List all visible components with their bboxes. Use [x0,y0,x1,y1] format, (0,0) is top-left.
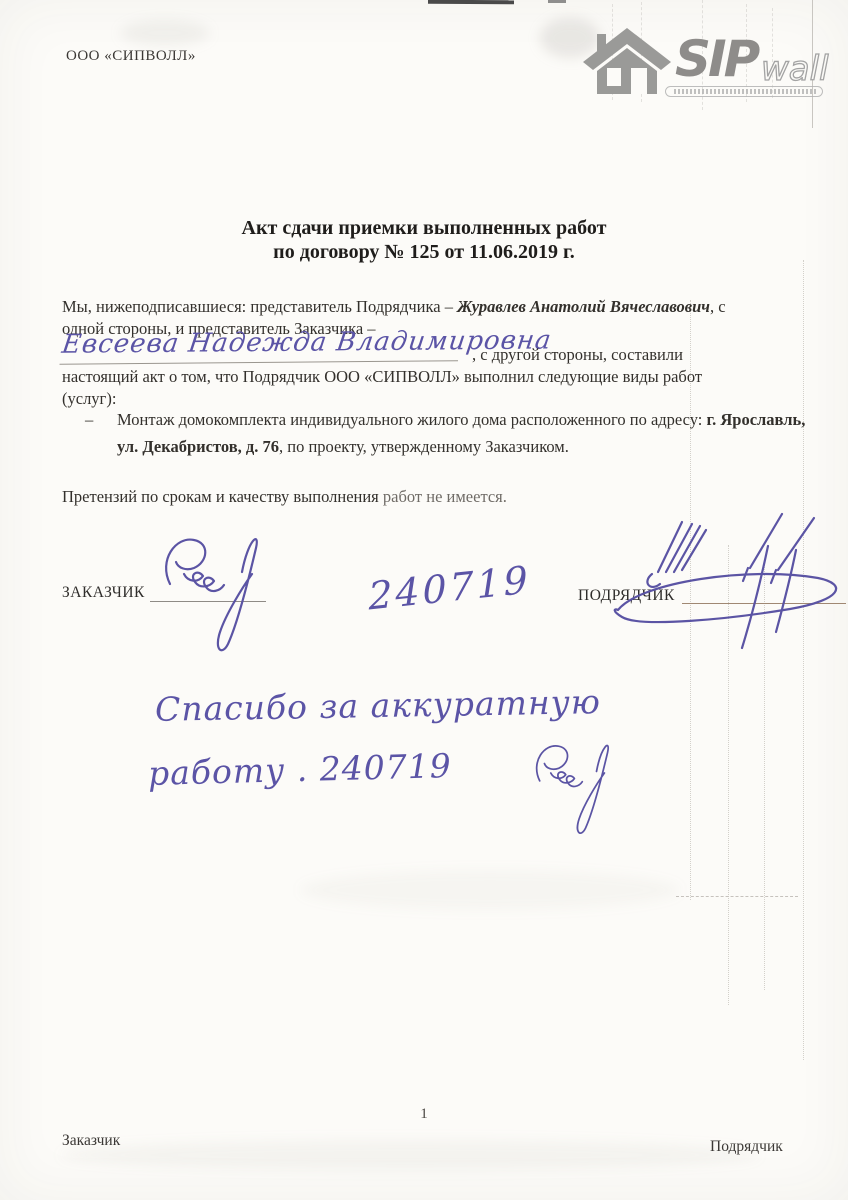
claims-statement: Претензий по срокам и качеству выполнени… [62,486,507,507]
work-item-dash: – [85,409,93,430]
footer-contractor-label: Подрядчик [710,1138,783,1156]
title-line-1: Акт сдачи приемки выполненных работ [0,216,848,240]
handwritten-customer-name: Евсеева Надежда Владимировна [59,326,462,364]
work-item-text: Монтаж домокомплекта индивидуального жил… [117,410,707,429]
handwritten-note-line-1: Спасибо за аккуратную [155,682,601,729]
scan-edge-mark [428,0,514,4]
note-signature [520,732,632,844]
sipwall-logo: SIP wall [583,20,827,102]
footer-customer-label: Заказчик [62,1132,120,1150]
work-item-tail: , по проекту, утвержденному Заказчиком. [279,437,569,456]
document-title: Акт сдачи приемки выполненных работ по д… [0,216,848,265]
scan-dashed-line [676,896,798,897]
page-number: 1 [0,1106,848,1123]
claims-part-1: Претензий по срокам и качеству выполнени… [62,487,383,506]
work-item-city: г. Ярославль, [707,410,806,429]
work-item-line-2: ул. Декабристов, д. 76, по проекту, утве… [117,436,569,457]
intro-line-1: Мы, нижеподписавшиеся: представитель Под… [62,296,726,317]
scan-edge-mark-small [548,0,566,3]
scanned-document-page: ООО «СИПВОЛЛ» SIP wall Акт сдачи приемки… [0,0,848,1200]
scan-blotch [300,870,680,910]
customer-signature-label: ЗАКАЗЧИК [62,584,145,602]
work-item-line-1: Монтаж домокомплекта индивидуального жил… [117,409,805,430]
intro-line-5: (услуг): [62,388,116,409]
logo-text-sip: SIP [675,34,757,84]
intro-after-name: , с другой стороны, составили [472,344,683,365]
logo-tagline-band [665,86,823,97]
customer-signature [150,522,282,664]
claims-part-2: работ не имеется. [383,487,507,506]
contractor-representative-name: Журавлев Анатолий Вячеславович [457,297,710,316]
logo-text-wall: wall [761,52,829,86]
contractor-signature [600,510,848,662]
house-icon [583,28,671,94]
intro-line-4: настоящий акт о том, что Подрядчик ООО «… [62,366,702,387]
handwritten-note-line-2: работу . 240719 [148,746,453,793]
handwritten-date: 240719 [368,557,532,618]
work-item-address: ул. Декабристов, д. 76 [117,437,279,456]
scan-blotch [60,1140,760,1170]
scan-blotch [120,20,210,46]
title-line-2: по договору № 125 от 11.06.2019 г. [0,240,848,265]
intro-line1-tail: , с [710,297,726,316]
intro-line1-text: Мы, нижеподписавшиеся: представитель Под… [62,297,457,316]
company-name: ООО «СИПВОЛЛ» [66,48,196,65]
